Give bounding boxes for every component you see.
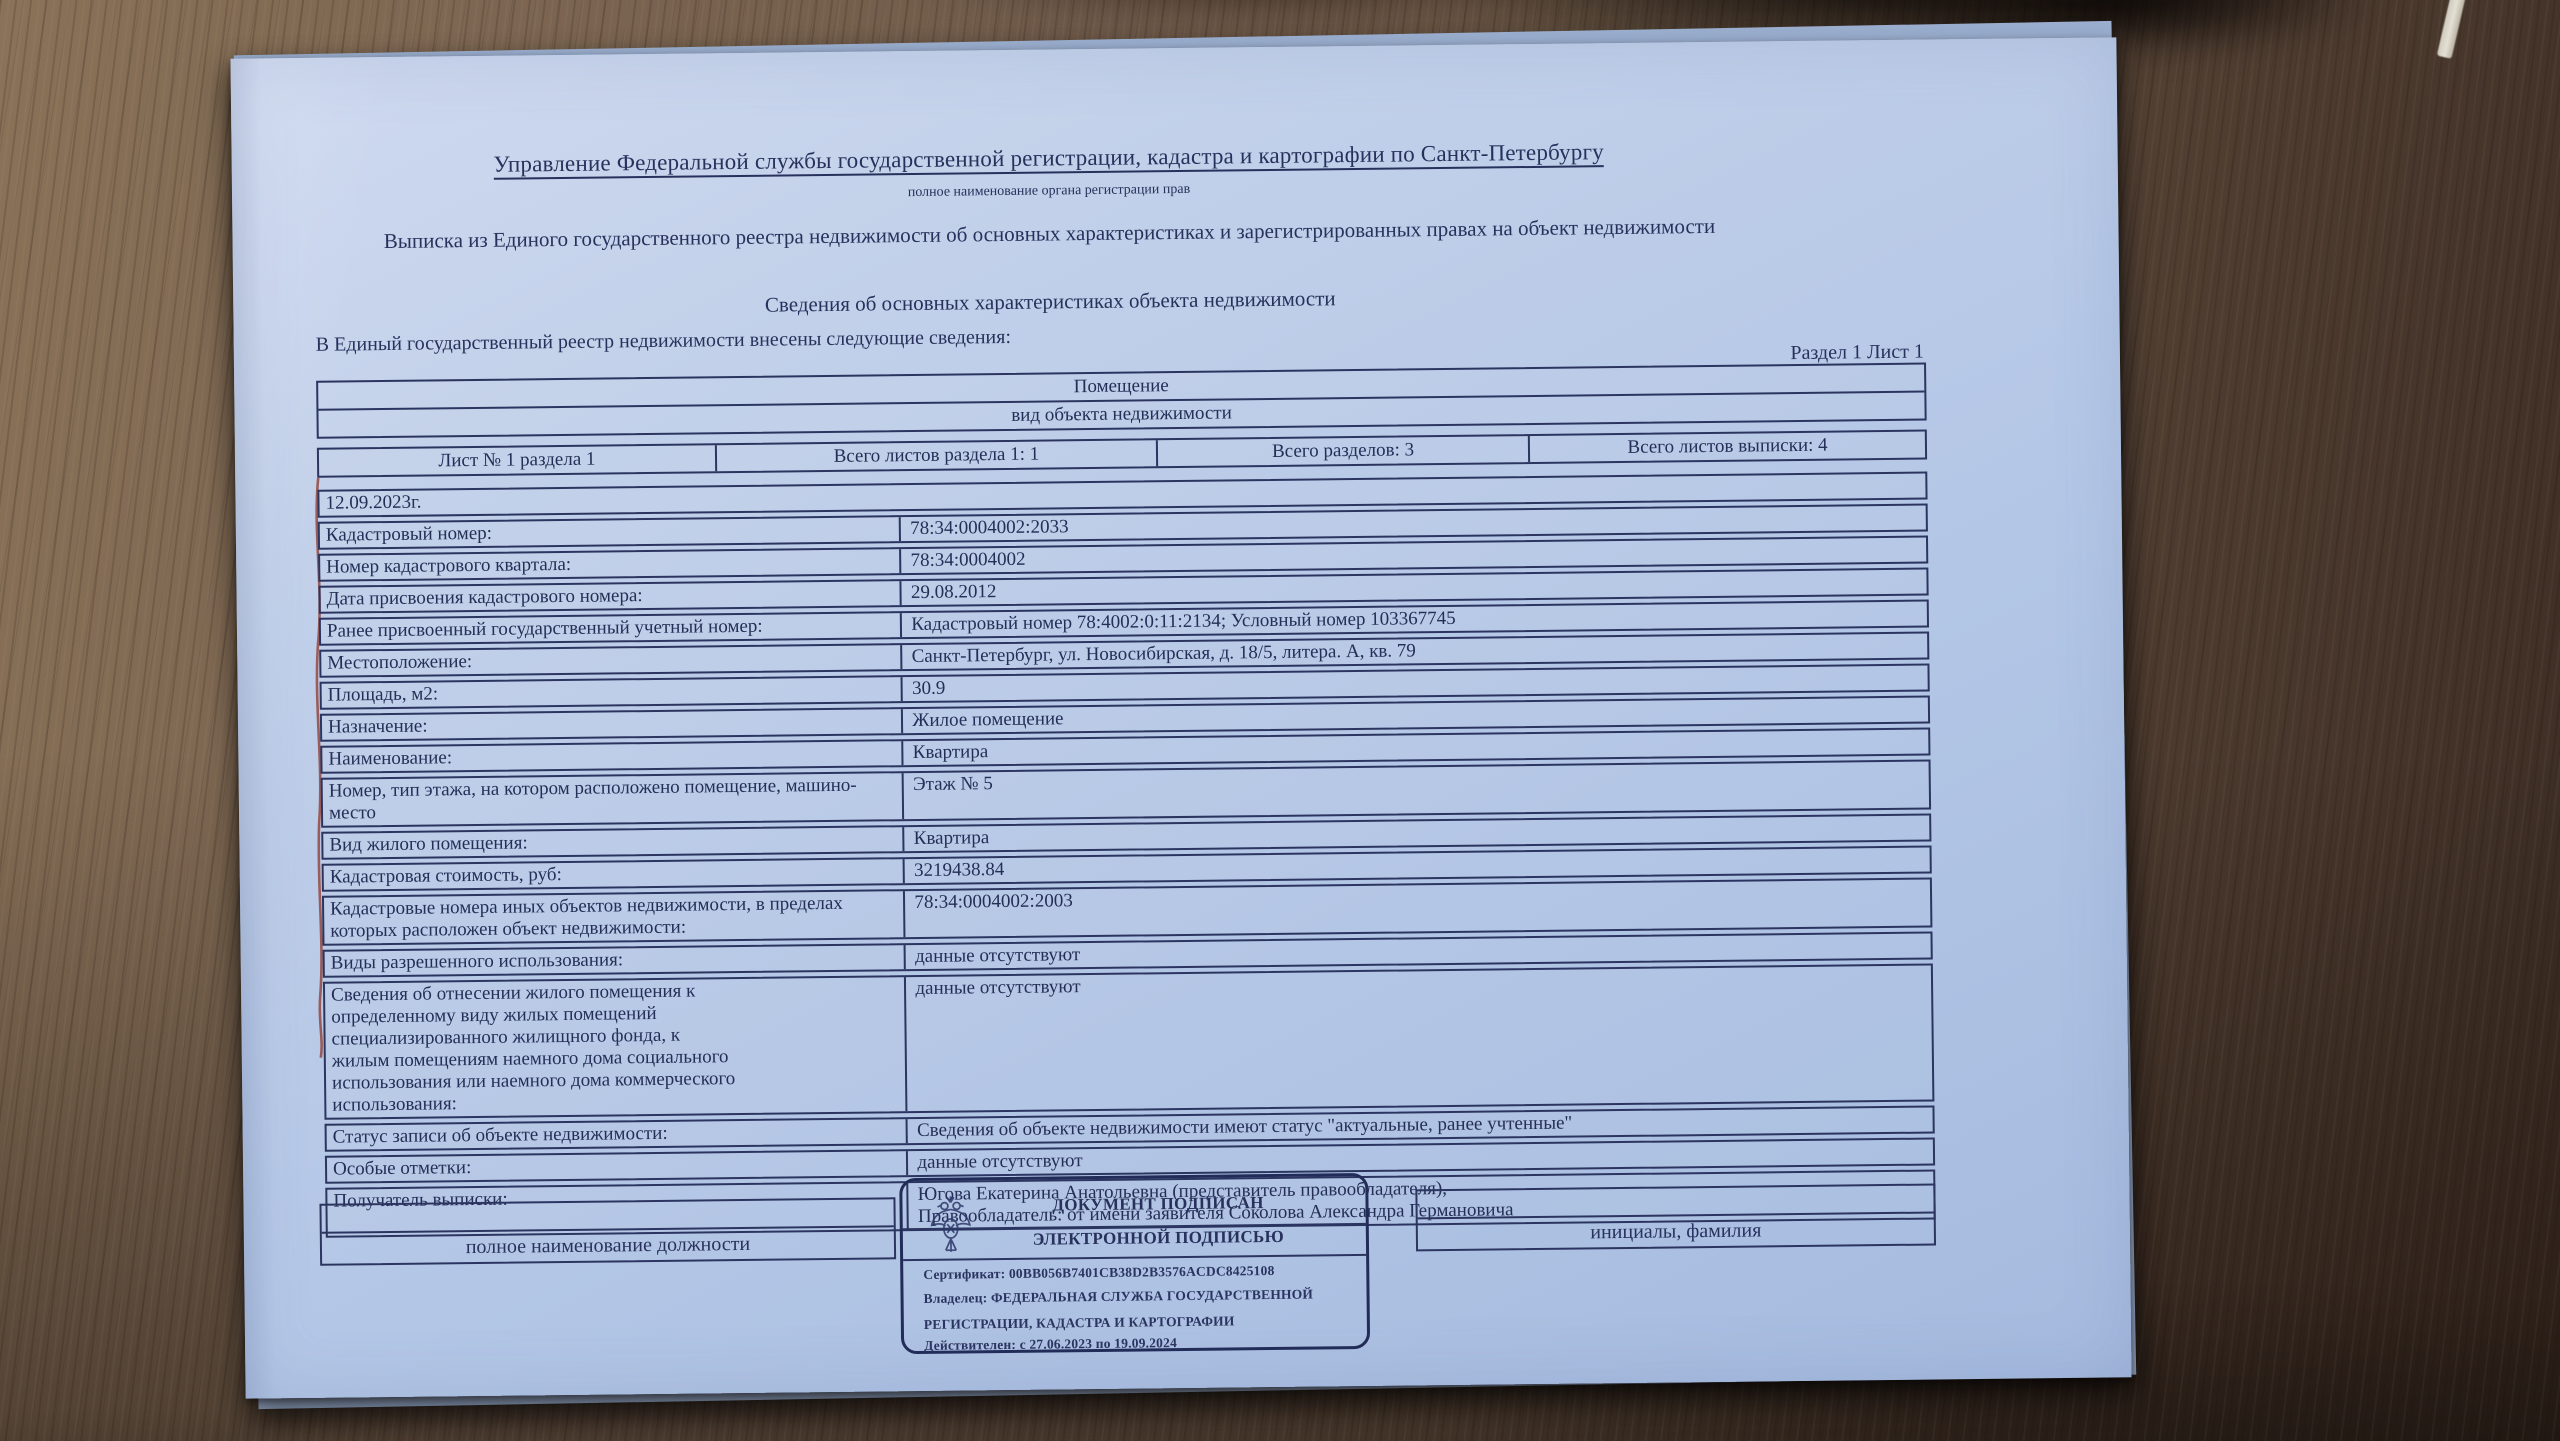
row-label: Статус записи об объекте недвижимости: xyxy=(327,1119,909,1150)
document-sheet: Управление Федеральной службы государств… xyxy=(230,37,2131,1398)
row-value: Этаж № 5 xyxy=(904,762,1929,820)
stamp-owner-line2: РЕГИСТРАЦИИ, КАДАСТРА И КАРТОГРАФИИ xyxy=(924,1312,1357,1333)
row-label: Площадь, м2: xyxy=(322,677,904,708)
row-label: Номер, тип этажа, на котором расположено… xyxy=(323,773,905,826)
row-label: Ранее присвоенный государственный учетны… xyxy=(321,613,903,644)
stamp-owner-line1: Владелец: ФЕДЕРАЛЬНАЯ СЛУЖБА ГОСУДАРСТВЕ… xyxy=(923,1286,1356,1307)
row-label: Дата присвоения кадастрового номера: xyxy=(320,581,902,612)
row-label: Назначение: xyxy=(322,709,904,740)
row-value: 29.08.2012 xyxy=(902,570,1927,606)
sheet-info-row: Лист № 1 раздела 1 Всего листов раздела … xyxy=(317,430,1927,478)
row-label: Сведения об отнесении жилого помещения к… xyxy=(325,977,908,1118)
row-label: Местоположение: xyxy=(321,645,903,676)
table-row: Сведения об отнесении жилого помещения к… xyxy=(323,963,1934,1119)
row-label: Кадастровая стоимость, руб: xyxy=(324,859,906,890)
intro-line: В Единый государственный реестр недвижим… xyxy=(316,326,1011,357)
row-label: Кадастровый номер: xyxy=(320,517,902,548)
toothpick-object xyxy=(2437,0,2466,59)
stamp-validity: Действителен: с 27.06.2023 по 19.09.2024 xyxy=(924,1333,1357,1354)
row-value: Жилое помещение xyxy=(903,698,1928,734)
stamp-title-line2: ЭЛЕКТРОННОЙ ПОДПИСЬЮ xyxy=(965,1226,1352,1250)
object-type-header: Помещение вид объекта недвижимости xyxy=(316,363,1927,439)
document-title: Выписка из Единого государственного реес… xyxy=(244,212,1854,255)
row-label: Особые отметки: xyxy=(327,1151,909,1182)
row-value: Квартира xyxy=(904,730,1929,766)
stamp-certificate: Сертификат: 00BB056B7401CB38D2B3576ACDC8… xyxy=(923,1262,1356,1283)
main-table: Помещение вид объекта недвижимости Лист … xyxy=(316,363,1936,1242)
row-value: Сведения об объекте недвижимости имеют с… xyxy=(908,1108,1933,1144)
digital-signature-stamp: ДОКУМЕНТ ПОДПИСАН ЭЛЕКТРОННОЙ ПОДПИСЬЮ С… xyxy=(899,1173,1370,1354)
row-label: Вид жилого помещения: xyxy=(323,827,905,858)
position-name-box: полное наименование должности xyxy=(319,1197,896,1266)
row-label: Наименование: xyxy=(322,741,904,772)
row-value: 78:34:0004002 xyxy=(901,538,1926,574)
row-label: Виды разрешенного использования: xyxy=(325,945,907,976)
row-value: 3219438.84 xyxy=(905,848,1930,884)
initials-box: инициалы, фамилия xyxy=(1415,1183,1936,1251)
row-value: 78:34:0004002:2033 xyxy=(901,506,1926,542)
sheet-info-cell: Всего листов выписки: 4 xyxy=(1530,432,1925,462)
initials-caption: инициалы, фамилия xyxy=(1418,1213,1934,1249)
position-name-caption: полное наименование должности xyxy=(322,1227,894,1263)
row-value: Санкт-Петербург, ул. Новосибирская, д. 1… xyxy=(903,634,1928,670)
row-value: 30.9 xyxy=(903,666,1928,702)
authority-caption: полное наименование органа регистрации п… xyxy=(244,174,1854,208)
photo-scene: Управление Федеральной службы государств… xyxy=(0,0,2560,1441)
row-value: Квартира xyxy=(905,816,1930,852)
section-title: Сведения об основных характеристиках объ… xyxy=(245,280,1855,323)
row-value: Кадастровый номер 78:4002:0:11:2134; Усл… xyxy=(902,602,1927,638)
section-page-label: Раздел 1 Лист 1 xyxy=(1790,341,1924,366)
row-value: 78:34:0004002:2003 xyxy=(905,880,1930,938)
sheet-info-cell: Лист № 1 раздела 1 xyxy=(319,445,717,476)
row-value: данные отсутствуют xyxy=(906,966,1932,1112)
row-label: Номер кадастрового квартала: xyxy=(320,549,902,580)
authority-title: Управление Федеральной службы государств… xyxy=(244,136,1854,180)
row-value: данные отсутствуют xyxy=(908,1139,1933,1175)
sheet-info-cell: Всего разделов: 3 xyxy=(1158,436,1530,466)
authority-title-text: Управление Федеральной службы государств… xyxy=(493,139,1604,180)
stamp-title-line1: ДОКУМЕНТ ПОДПИСАН xyxy=(964,1192,1351,1216)
sheet-info-cell: Всего листов раздела 1: 1 xyxy=(717,440,1158,471)
row-label: Кадастровые номера иных объектов недвижи… xyxy=(324,891,906,944)
row-value: данные отсутствуют xyxy=(906,934,1931,970)
